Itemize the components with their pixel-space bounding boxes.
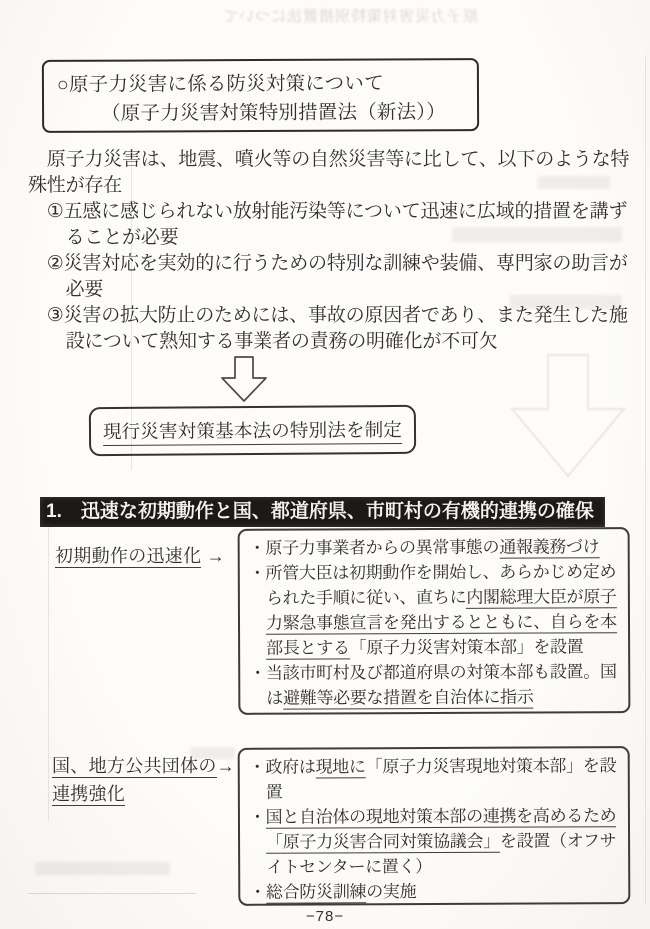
text-segment: 部長とする [266, 638, 350, 659]
title-box: ○原子力災害に係る防災対策について （原子力災害対策特別措置法（新法）） [42, 58, 479, 133]
row1-label: 初期動作の迅速化 → [55, 542, 225, 570]
text-segment: 通報義務づけ [499, 537, 599, 558]
section1-heading-bar: 1. 迅速な初期動作と国、都道府県、市町村の有機的連携の確保 [40, 497, 605, 527]
text-segment: 連携強化 [52, 784, 125, 806]
bleedthrough-line [48, 520, 49, 820]
text-segment: 総合防災訓練 [266, 882, 366, 903]
text-segment: ・ [249, 808, 266, 827]
bleedthrough-line [28, 893, 196, 894]
text-segment: の実施 [366, 882, 416, 901]
text-segment: 現地に [316, 757, 366, 778]
special-law-box: 現行災害対策基本法の特別法を制定 [89, 405, 416, 456]
text-segment: を設置（オフサ [500, 831, 616, 851]
text-segment: ・政府は [249, 758, 316, 777]
bleedthrough-arrow-icon [496, 352, 640, 484]
text-segment: ②災害対応を実効的に行うための特別な訓練や装備、専門家の助言が [28, 253, 628, 274]
page-number: −78− [0, 908, 650, 925]
text-segment: ①五感に感じられない放射能汚染等について迅速に広域的措置を講ず [28, 201, 627, 222]
title-line-1: ○原子力災害に係る防災対策について [57, 69, 477, 100]
text-segment: ・所管大臣は初期動作を開始し、あらかじめ定め [249, 562, 616, 583]
section1-heading-label: 1. 迅速な初期動作と国、都道府県、市町村の有機的連携の確保 [46, 501, 594, 522]
text-segment: 置 [266, 783, 283, 802]
text-segment: 原子力災害は、地震、噴火等の自然災害等に比して、以下のような特 [28, 149, 629, 170]
bleedthrough-smudge [35, 862, 170, 875]
row2-detail-box: ・政府は現地に「原子力災害現地対策本部」を設置・国と自治体の現地対策本部の連携を… [238, 746, 631, 906]
row2-label: 国、地方公共団体の→連携強化 [52, 752, 235, 808]
text-segment: ③災害の拡大防止のためには、事故の原因者であり、また発生した施 [28, 305, 628, 326]
text-segment: → [217, 756, 235, 776]
text-segment: → [201, 546, 225, 566]
text-segment: 力緊急事態宣言を発出するとともに、自らを本 [266, 612, 617, 635]
text-segment: ・当該市町村及び都道府県の対策本部も設置。国 [249, 662, 616, 683]
row1-detail-box: ・原子力事業者からの異常事態の通報義務づけ・所管大臣は初期動作を開始し、あらかじ… [238, 527, 631, 715]
title-line-2: （原子力災害対策特別措置法（新法）） [101, 98, 477, 129]
text-segment: 内閣総理大臣が原子 [466, 587, 616, 609]
document-page: 原子力災害対策特別措置法について ○原子力災害に係る防災対策について （原子力災… [0, 0, 650, 929]
down-arrow-icon [213, 356, 275, 404]
text-segment: 国と自治体の現地対策本部の連携を高めるため [266, 806, 617, 829]
text-segment: 初期動作の迅速化 [55, 546, 201, 568]
text-segment: 「原子力災害対策本部」を設置 [350, 637, 584, 657]
intro-paragraph: 原子力災害は、地震、噴火等の自然災害等に比して、以下のような特殊性が存在 ①五感… [28, 147, 648, 355]
text-segment: ることが必要 [28, 227, 178, 248]
text-segment: 殊性が存在 [28, 175, 122, 196]
text-segment: ・ [249, 883, 266, 902]
text-segment: 避難等必要な措置を自治体に指示 [283, 688, 534, 710]
text-segment: られた手順に従い、直ちに [266, 588, 466, 608]
text-segment: 「原子力災害現地対策本部」を設 [366, 756, 617, 776]
bleedthrough-text: 原子力災害対策特別措置法について [228, 5, 478, 25]
special-law-label: 現行災害対策基本法の特別法を制定 [103, 415, 402, 445]
text-segment: 設について熟知する事業者の責務の明確化が不可欠 [28, 331, 498, 352]
text-segment: 「原子力災害合同対策協議会」 [266, 832, 500, 854]
text-segment: イトセンターに置く） [266, 857, 432, 877]
text-segment: 国、地方公共団体の [52, 756, 217, 778]
text-segment: 必要 [28, 279, 103, 300]
text-segment: は [266, 689, 283, 708]
text-segment: ・原子力事業者からの異常事態の [249, 538, 500, 558]
